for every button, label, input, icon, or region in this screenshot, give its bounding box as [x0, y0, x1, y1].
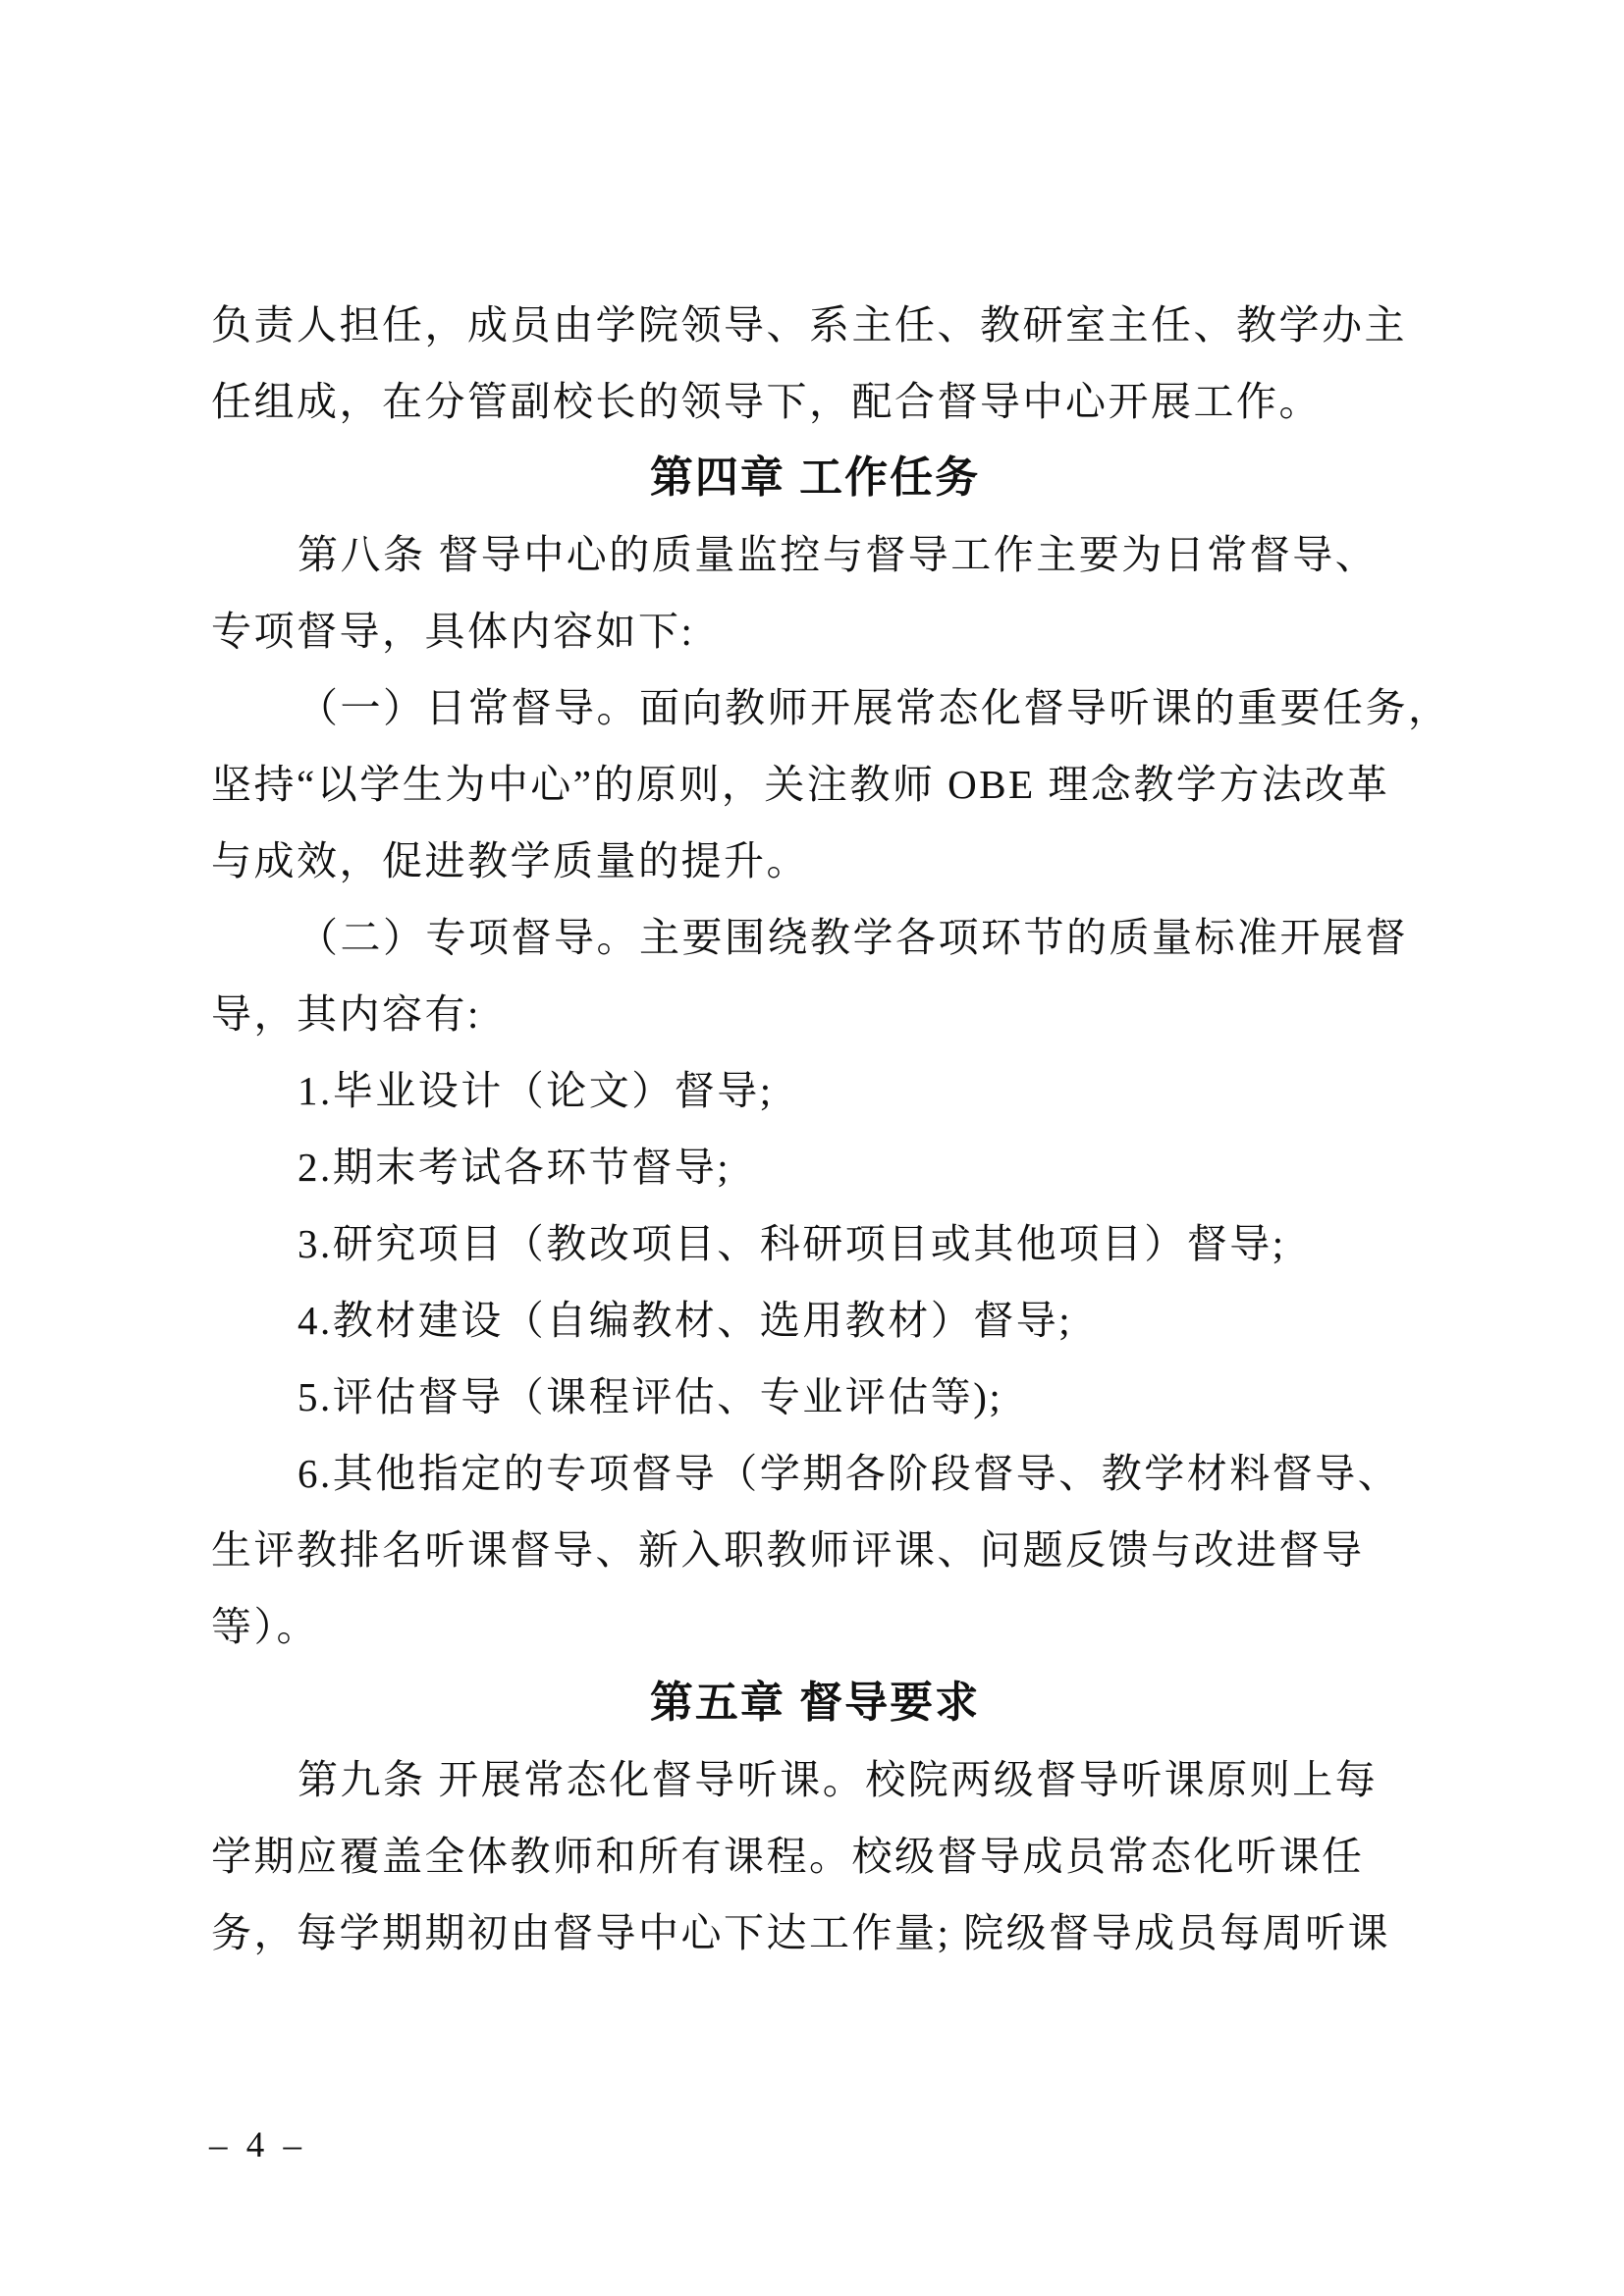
list-item: 3.研究项目（教改项目、科研项目或其他项目）督导;: [211, 1205, 1419, 1282]
list-item: 5.评估督导（课程评估、专业评估等);: [211, 1359, 1419, 1435]
text-line: 务，每学期期初由督导中心下达工作量; 院级督导成员每周听课: [211, 1895, 1419, 1971]
document-body: 负责人担任，成员由学院领导、系主任、教研室主任、教学办主 任组成，在分管副校长的…: [211, 287, 1419, 1971]
text-line: 导，其内容有:: [211, 976, 1419, 1052]
page-number: – 4 –: [209, 2116, 306, 2175]
text-line: （一）日常督导。面向教师开展常态化督导听课的重要任务，: [211, 669, 1419, 746]
document-page: 负责人担任，成员由学院领导、系主任、教研室主任、教学办主 任组成，在分管副校长的…: [0, 0, 1624, 2296]
list-item: 1.毕业设计（论文）督导;: [211, 1052, 1419, 1129]
list-item: 2.期末考试各环节督导;: [211, 1129, 1419, 1205]
chapter-heading: 第五章 督导要求: [211, 1665, 1419, 1741]
chapter-heading: 第四章 工作任务: [211, 440, 1419, 516]
text-line: 任组成，在分管副校长的领导下，配合督导中心开展工作。: [211, 363, 1419, 440]
list-item: 4.教材建设（自编教材、选用教材）督导;: [211, 1282, 1419, 1359]
text-line: 负责人担任，成员由学院领导、系主任、教研室主任、教学办主: [211, 287, 1419, 363]
text-line: 生评教排名听课督导、新入职教师评课、问题反馈与改进督导: [211, 1512, 1419, 1588]
text-line: （二）专项督导。主要围绕教学各项环节的质量标准开展督: [211, 899, 1419, 976]
text-line: 坚持“以学生为中心”的原则，关注教师 OBE 理念教学方法改革: [211, 746, 1419, 823]
text-line: 第九条 开展常态化督导听课。校院两级督导听课原则上每: [211, 1741, 1419, 1818]
text-line: 专项督导，具体内容如下:: [211, 593, 1419, 669]
text-line: 与成效，促进教学质量的提升。: [211, 823, 1419, 899]
text-line: 等）。: [211, 1588, 1419, 1665]
text-line: 学期应覆盖全体教师和所有课程。校级督导成员常态化听课任: [211, 1818, 1419, 1895]
list-item: 6.其他指定的专项督导（学期各阶段督导、教学材料督导、: [211, 1435, 1419, 1512]
text-line: 第八条 督导中心的质量监控与督导工作主要为日常督导、: [211, 516, 1419, 593]
